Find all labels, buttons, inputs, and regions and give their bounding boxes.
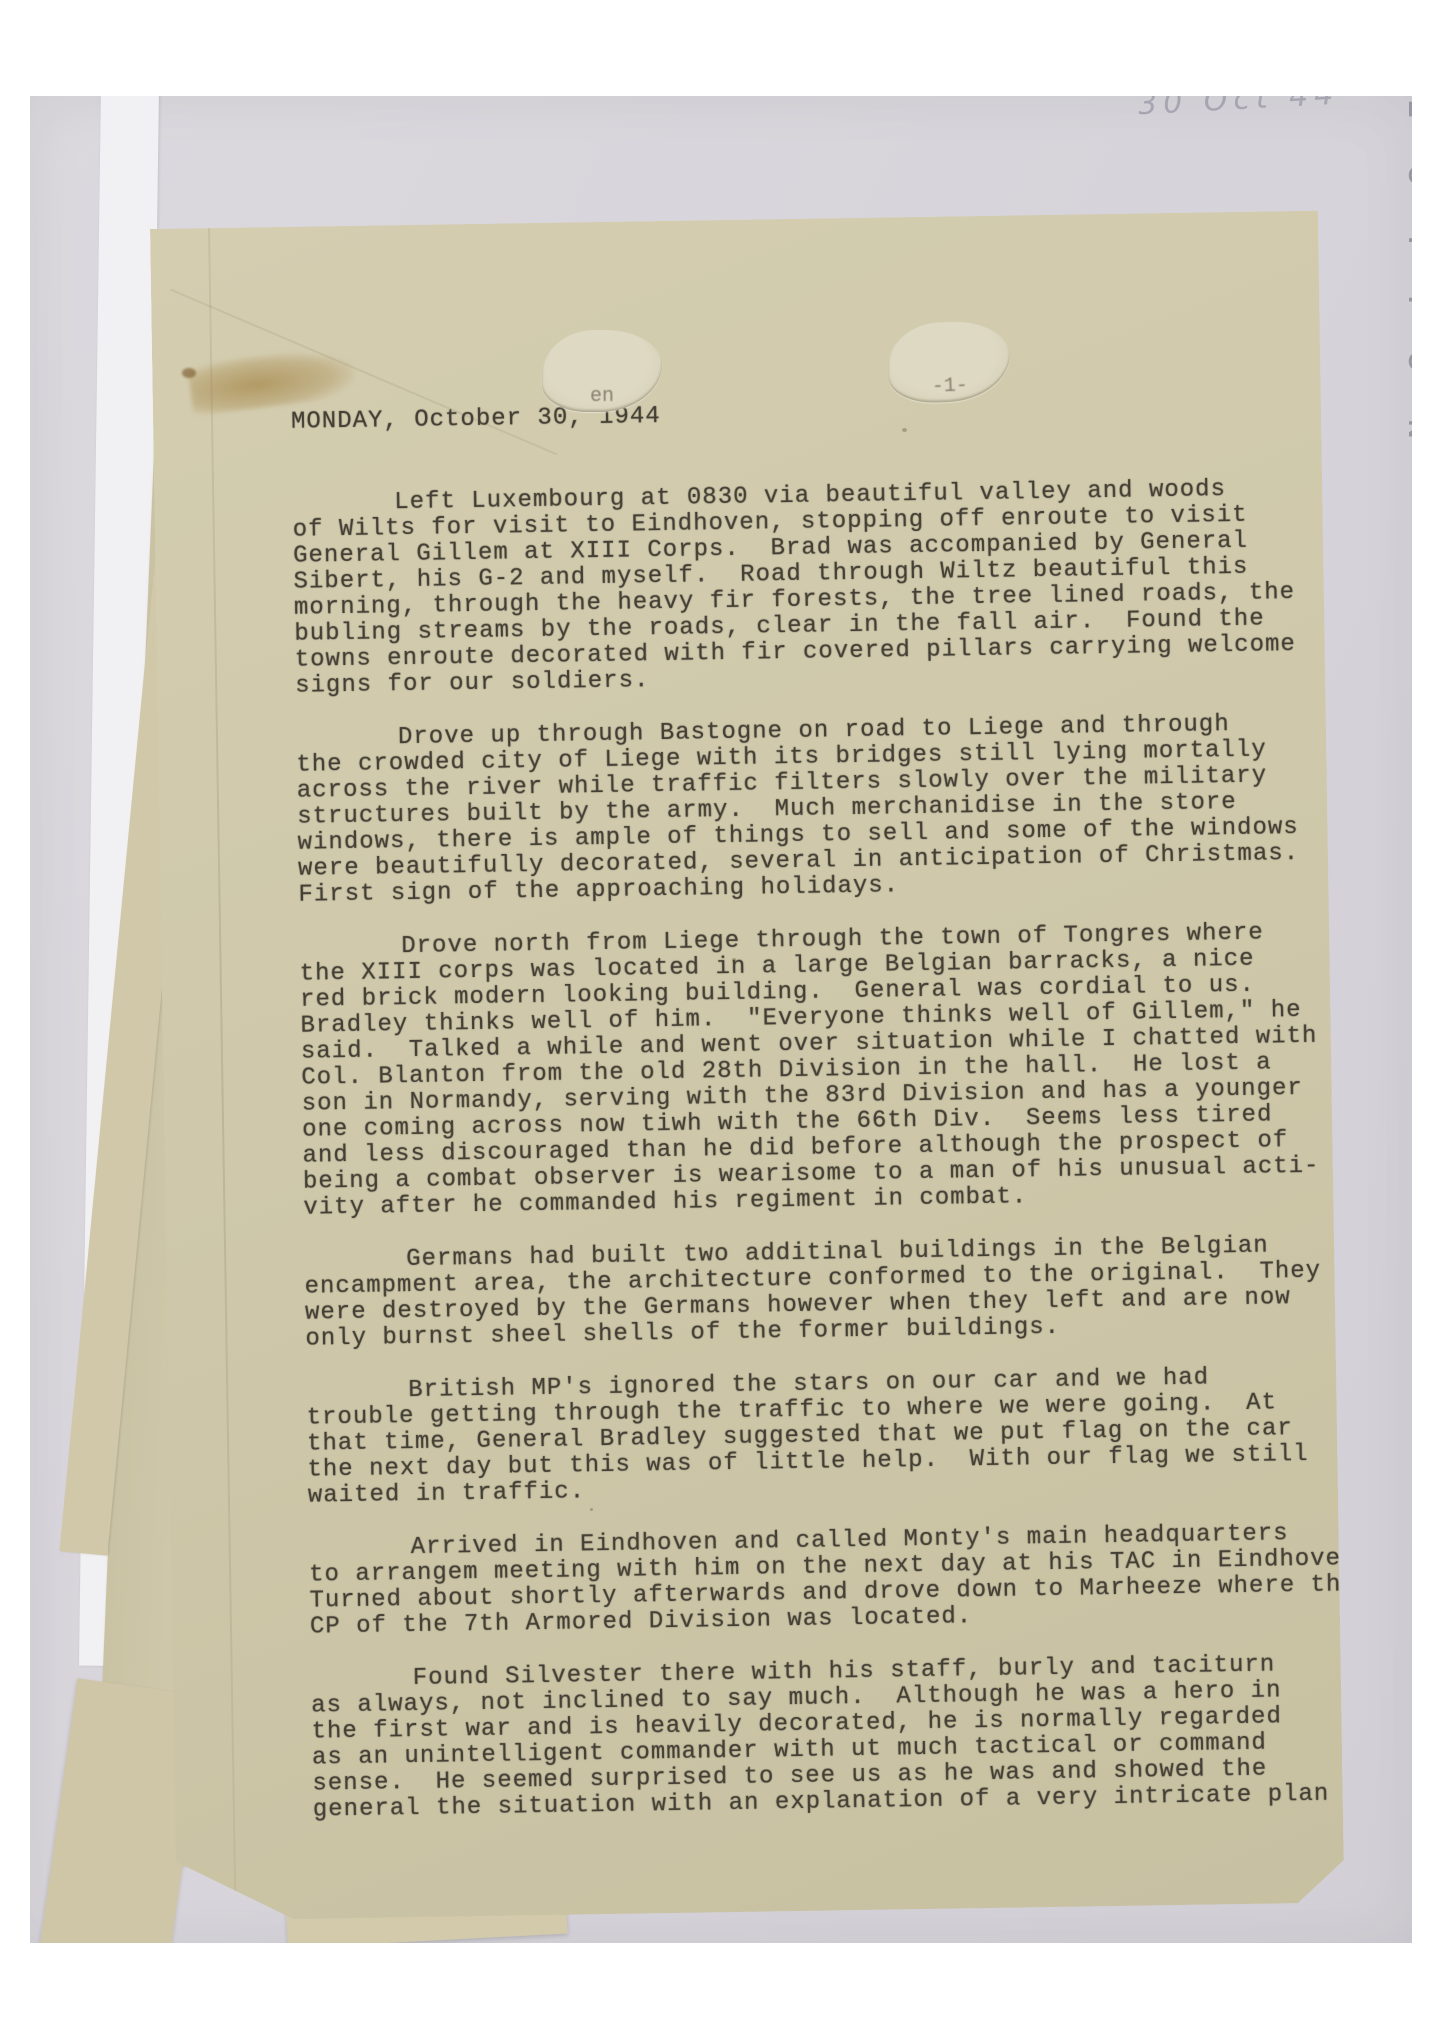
ink-speck: [732, 958, 736, 962]
stain-dot: [182, 368, 196, 378]
paragraph: British MP's ignored the stars on our ca…: [306, 1364, 1323, 1510]
paragraph: Left Luxembourg at 0830 via beautiful va…: [292, 476, 1310, 700]
paragraph: Drove up through Bastogne on road to Lie…: [296, 711, 1314, 909]
torn-spot-right: -1-: [887, 320, 1012, 404]
paragraph: Germans had built two additinal building…: [304, 1233, 1321, 1353]
edge-vertical-text: ECTION: [1402, 100, 1412, 660]
ink-speck: [590, 1508, 593, 1511]
photo-scan-area: 30 Oct 44 ECTION MONDAY, October 30, 194…: [30, 96, 1412, 1943]
paragraph: Arrived in Eindhoven and called Monty's …: [309, 1521, 1326, 1641]
torn-spot-left-mark: en: [542, 385, 662, 408]
date-heading: MONDAY, October 30, 1944: [291, 394, 1306, 436]
diary-page: MONDAY, October 30, 1944 Left Luxembourg…: [150, 211, 1344, 1921]
paragraph: Drove north from Liege through the town …: [299, 920, 1318, 1222]
ink-speck: [902, 428, 907, 432]
paragraphs: Left Luxembourg at 0830 via beautiful va…: [292, 476, 1328, 1824]
typed-text-block: MONDAY, October 30, 1944 Left Luxembourg…: [291, 394, 1328, 1824]
handwriting-note: 30 Oct 44: [1137, 96, 1340, 122]
torn-spot-right-mark: -1-: [888, 373, 1011, 400]
torn-spot-left: en: [542, 330, 662, 412]
crease-line-vertical: [208, 228, 237, 1920]
paragraph: Found Silvester there with his staff, bu…: [311, 1652, 1328, 1824]
